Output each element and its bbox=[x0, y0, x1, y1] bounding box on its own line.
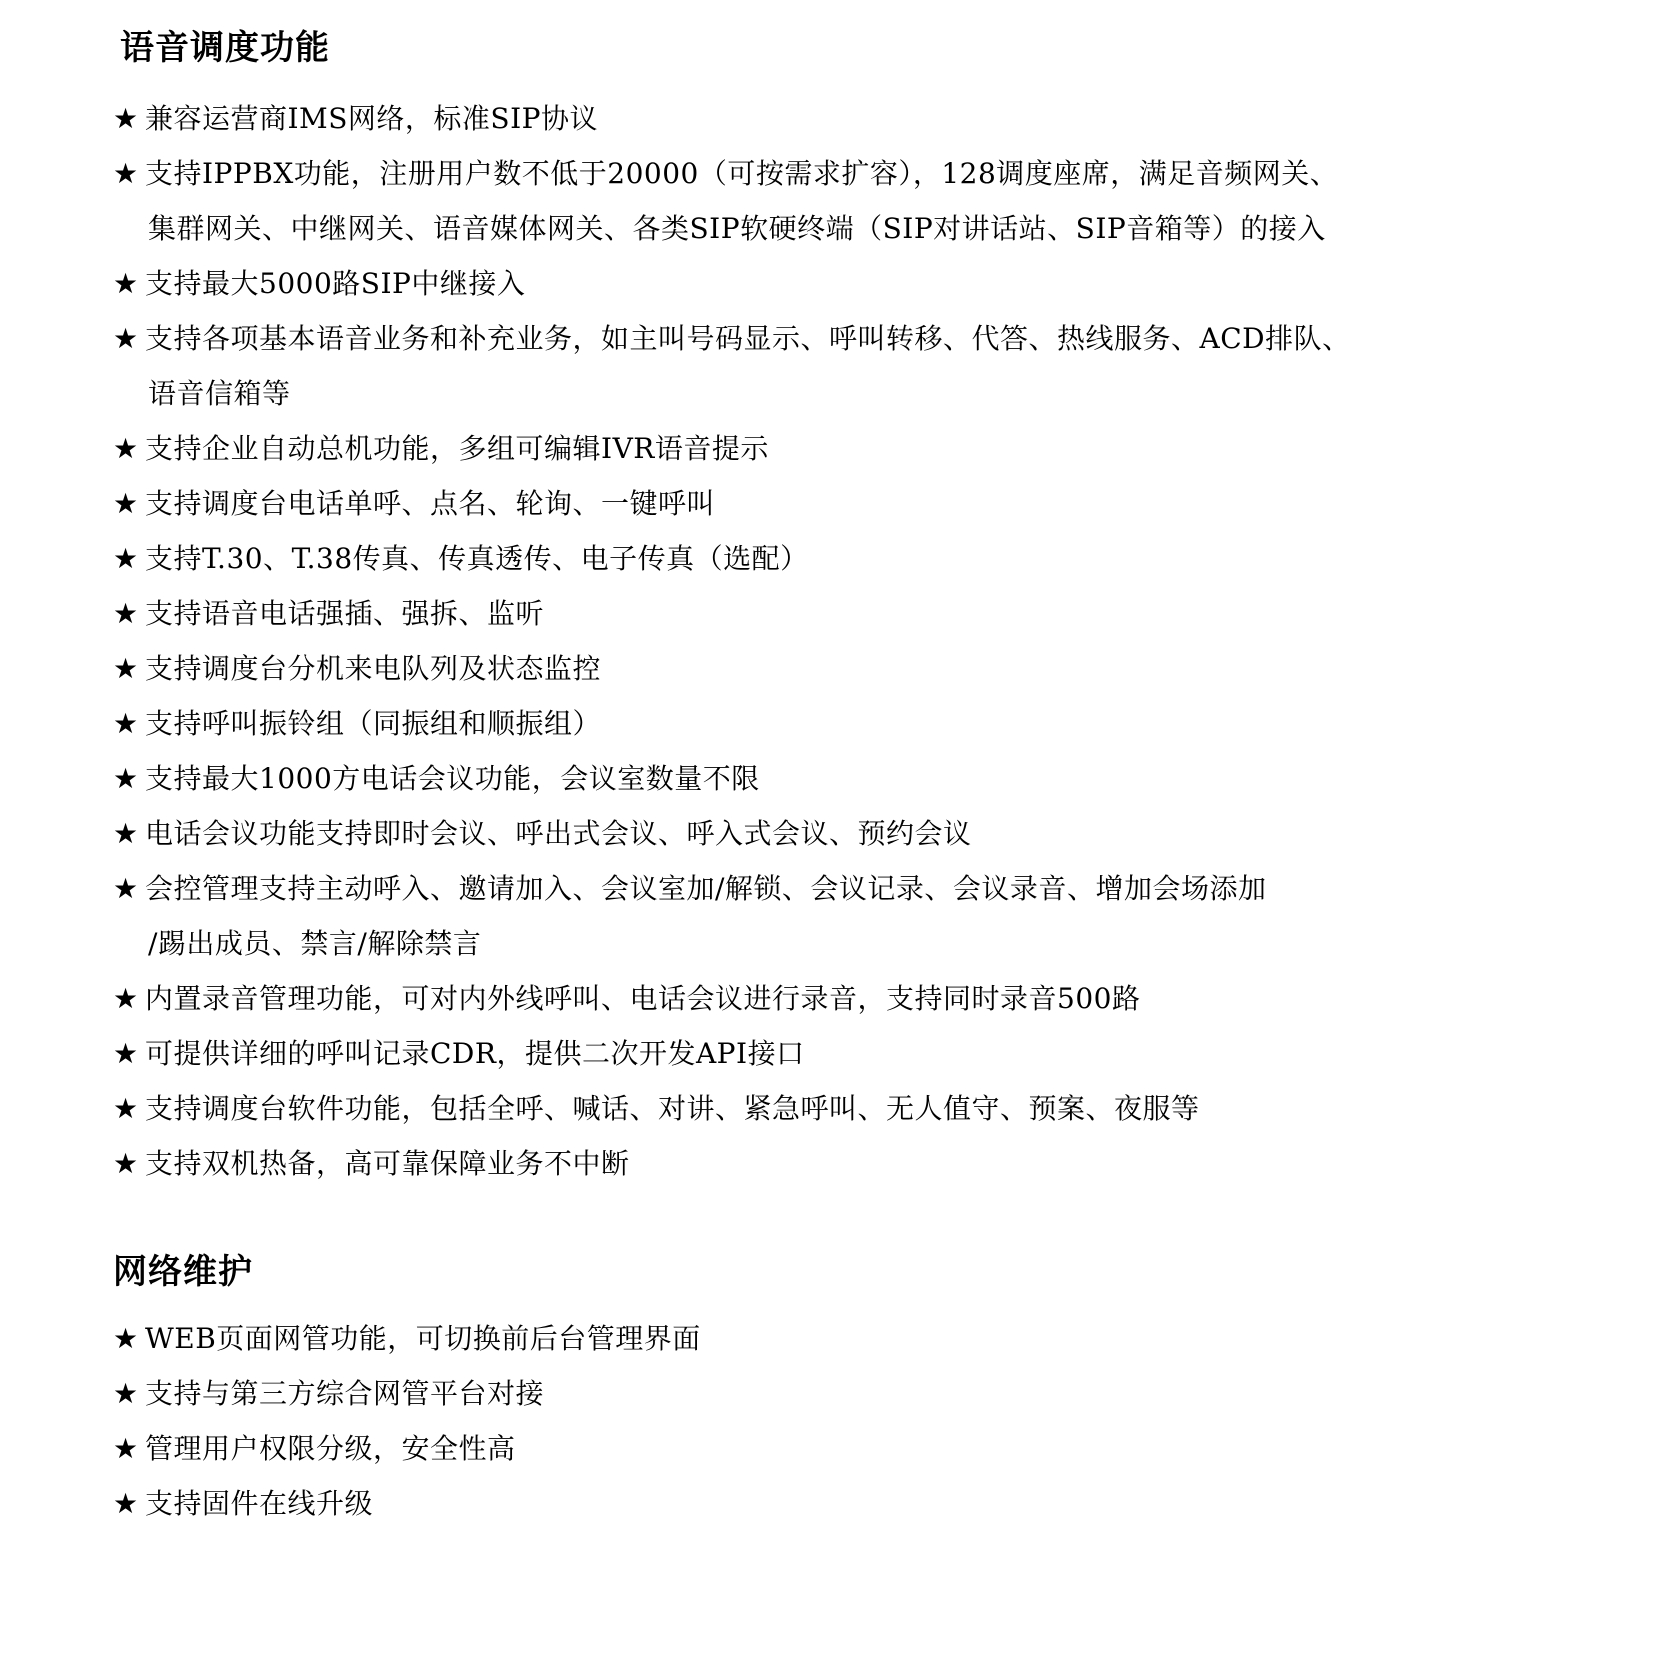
list-item: ★支持各项基本语音业务和补充业务，如主叫号码显示、呼叫转移、代答、热线服务、AC… bbox=[113, 321, 1351, 357]
list-item-continuation: 集群网关、中继网关、语音媒体网关、各类SIP软硬终端（SIP对讲话站、SIP音箱… bbox=[148, 211, 1326, 247]
list-item: ★管理用户权限分级，安全性高 bbox=[113, 1431, 516, 1467]
list-item: ★兼容运营商IMS网络，标准SIP协议 bbox=[113, 101, 598, 137]
list-item: ★会控管理支持主动呼入、邀请加入、会议室加/解锁、会议记录、会议录音、增加会场添… bbox=[113, 871, 1266, 907]
list-item: ★支持呼叫振铃组（同振组和顺振组） bbox=[113, 706, 601, 742]
list-item-continuation: 语音信箱等 bbox=[148, 376, 291, 412]
star-icon: ★ bbox=[113, 1486, 145, 1522]
list-item: ★支持T.30、T.38传真、传真透传、电子传真（选配） bbox=[113, 541, 809, 577]
star-icon: ★ bbox=[113, 1146, 145, 1182]
list-item: ★支持IPPBX功能，注册用户数不低于20000（可按需求扩容），128调度座席… bbox=[113, 156, 1338, 192]
list-item: ★支持最大1000方电话会议功能，会议室数量不限 bbox=[113, 761, 760, 797]
star-icon: ★ bbox=[113, 1036, 145, 1072]
list-item: ★支持调度台软件功能，包括全呼、喊话、对讲、紧急呼叫、无人值守、预案、夜服等 bbox=[113, 1091, 1200, 1127]
star-icon: ★ bbox=[113, 486, 145, 522]
star-icon: ★ bbox=[113, 156, 145, 192]
list-item: ★支持企业自动总机功能，多组可编辑IVR语音提示 bbox=[113, 431, 769, 467]
star-icon: ★ bbox=[113, 761, 145, 797]
list-item: ★支持最大5000路SIP中继接入 bbox=[113, 266, 525, 302]
star-icon: ★ bbox=[113, 1321, 145, 1357]
star-icon: ★ bbox=[113, 651, 145, 687]
list-item: ★电话会议功能支持即时会议、呼出式会议、呼入式会议、预约会议 bbox=[113, 816, 972, 852]
star-icon: ★ bbox=[113, 101, 145, 137]
star-icon: ★ bbox=[113, 1376, 145, 1412]
star-icon: ★ bbox=[113, 431, 145, 467]
star-icon: ★ bbox=[113, 321, 145, 357]
list-item-continuation: /踢出成员、禁言/解除禁言 bbox=[148, 926, 481, 962]
list-item: ★支持固件在线升级 bbox=[113, 1486, 373, 1522]
star-icon: ★ bbox=[113, 541, 145, 577]
star-icon: ★ bbox=[113, 266, 145, 302]
star-icon: ★ bbox=[113, 1091, 145, 1127]
star-icon: ★ bbox=[113, 1431, 145, 1467]
section-title-network-maintenance: 网络维护 bbox=[113, 1252, 253, 1292]
list-item: ★支持与第三方综合网管平台对接 bbox=[113, 1376, 544, 1412]
star-icon: ★ bbox=[113, 981, 145, 1017]
list-item: ★内置录音管理功能，可对内外线呼叫、电话会议进行录音，支持同时录音500路 bbox=[113, 981, 1140, 1017]
star-icon: ★ bbox=[113, 816, 145, 852]
list-item: ★支持双机热备，高可靠保障业务不中断 bbox=[113, 1146, 630, 1182]
list-item: ★WEB页面网管功能，可切换前后台管理界面 bbox=[113, 1321, 701, 1357]
section-title-voice-dispatch: 语音调度功能 bbox=[120, 28, 330, 68]
star-icon: ★ bbox=[113, 596, 145, 632]
star-icon: ★ bbox=[113, 871, 145, 907]
star-icon: ★ bbox=[113, 706, 145, 742]
list-item: ★支持语音电话强插、强拆、监听 bbox=[113, 596, 544, 632]
list-item: ★可提供详细的呼叫记录CDR，提供二次开发API接口 bbox=[113, 1036, 805, 1072]
list-item: ★支持调度台分机来电队列及状态监控 bbox=[113, 651, 601, 687]
list-item: ★支持调度台电话单呼、点名、轮询、一键呼叫 bbox=[113, 486, 715, 522]
